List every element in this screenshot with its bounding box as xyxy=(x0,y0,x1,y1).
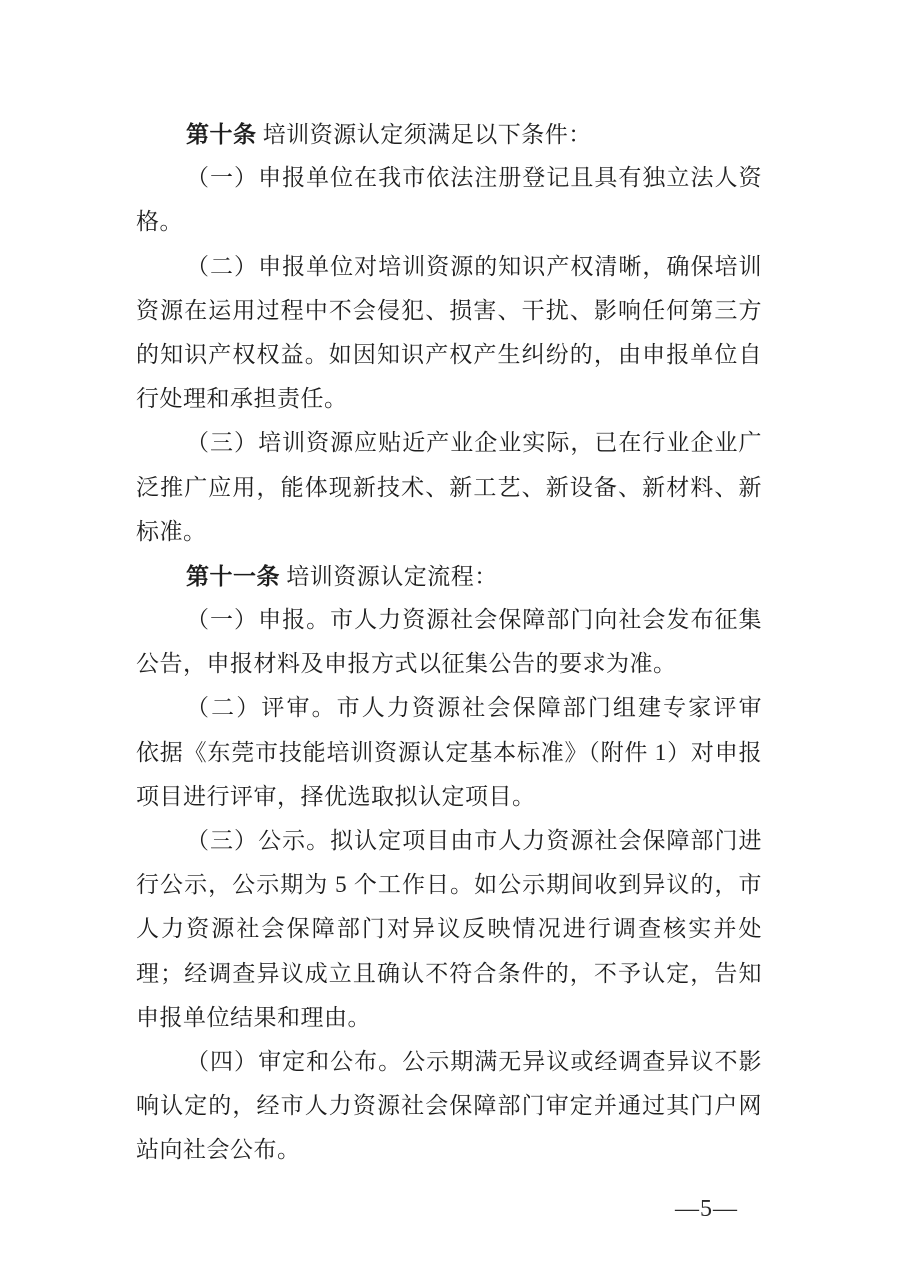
text-line: （一）申报单位在我市依法注册登记且具有独立法人资 xyxy=(136,156,762,200)
text-line: 标准。 xyxy=(136,510,762,554)
text-line: 资源在运用过程中不会侵犯、损害、干扰、影响任何第三方 xyxy=(136,289,762,333)
text-line: 理；经调查异议成立且确认不符合条件的，不予认定，告知 xyxy=(136,952,762,996)
text-line: 项目进行评审，择优选取拟认定项目。 xyxy=(136,775,762,819)
document-body: 第十条 培训资源认定须满足以下条件：（一）申报单位在我市依法注册登记且具有独立法… xyxy=(136,112,762,1173)
text-line: 依据《东莞市技能培训资源认定基本标准》（附件 1）对申报 xyxy=(136,731,762,775)
text-line: 行处理和承担责任。 xyxy=(136,377,762,421)
text-line: 泛推广应用，能体现新技术、新工艺、新设备、新材料、新 xyxy=(136,466,762,510)
article-label: 第十一条 xyxy=(186,563,280,589)
document-page: 第十条 培训资源认定须满足以下条件：（一）申报单位在我市依法注册登记且具有独立法… xyxy=(0,0,900,1273)
text-line: （三）培训资源应贴近产业企业实际，已在行业企业广 xyxy=(136,421,762,465)
text-line: 行公示，公示期为 5 个工作日。如公示期间收到异议的，市 xyxy=(136,863,762,907)
text-line: 申报单位结果和理由。 xyxy=(136,996,762,1040)
text-line: （一）申报。市人力资源社会保障部门向社会发布征集 xyxy=(136,598,762,642)
text-line: （四）审定和公布。公示期满无异议或经调查异议不影 xyxy=(136,1040,762,1084)
text-line: 第十一条 培训资源认定流程： xyxy=(136,554,762,598)
text-line: 第十条 培训资源认定须满足以下条件： xyxy=(136,112,762,156)
text-line: 站向社会公布。 xyxy=(136,1128,762,1172)
text-line: （二）评审。市人力资源社会保障部门组建专家评审组， xyxy=(136,686,762,730)
text-line: 公告，申报材料及申报方式以征集公告的要求为准。 xyxy=(136,642,762,686)
text-line: （三）公示。拟认定项目由市人力资源社会保障部门进 xyxy=(136,819,762,863)
text-line: 响认定的，经市人力资源社会保障部门审定并通过其门户网 xyxy=(136,1084,762,1128)
article-label: 第十条 xyxy=(186,121,257,147)
text-line: （二）申报单位对培训资源的知识产权清晰，确保培训 xyxy=(136,245,762,289)
text-line: 格。 xyxy=(136,200,762,244)
text-line: 的知识产权权益。如因知识产权产生纠纷的，由申报单位自 xyxy=(136,333,762,377)
page-number: —5— xyxy=(675,1194,738,1224)
text-line: 人力资源社会保障部门对异议反映情况进行调查核实并处 xyxy=(136,907,762,951)
